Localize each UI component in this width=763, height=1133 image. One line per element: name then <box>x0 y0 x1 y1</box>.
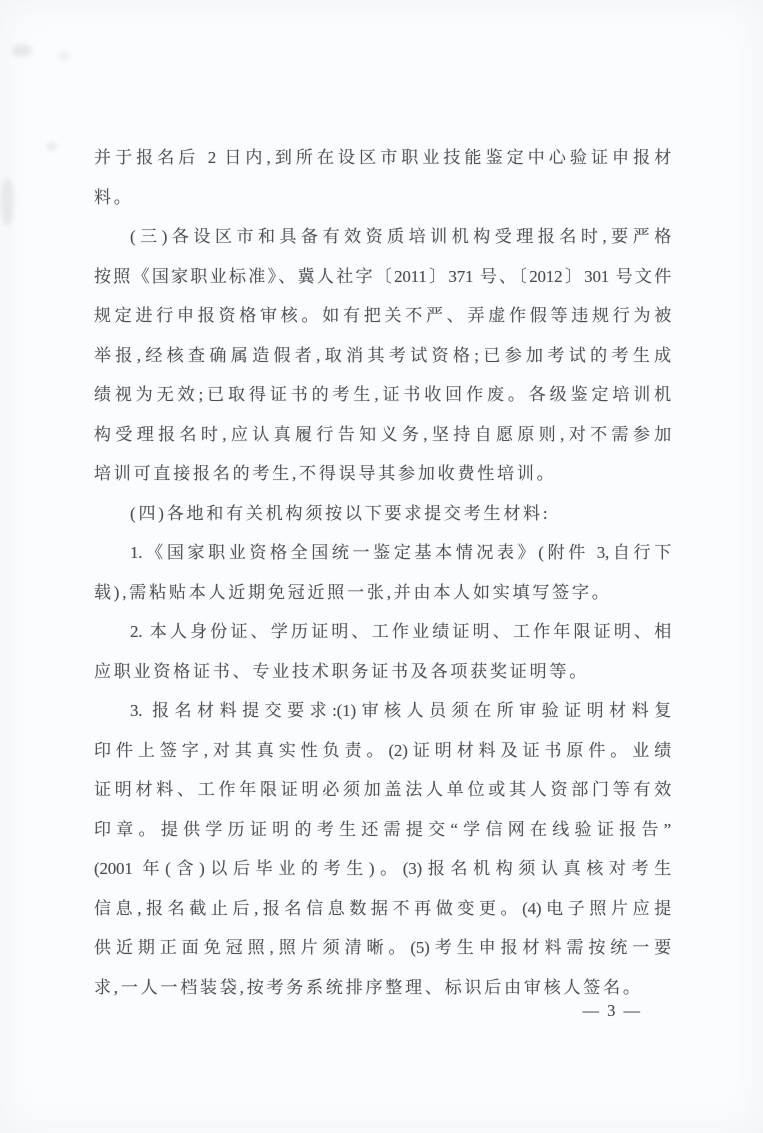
text-line: 构受理报名时,应认真履行告知义务,坚持自愿原则,对不需参加 <box>94 415 671 455</box>
text-line: 绩视为无效;已取得证书的考生,证书收回作废。各级鉴定培训机 <box>94 375 671 415</box>
text-line: 并于报名后 2 日内,到所在设区市职业技能鉴定中心验证申报材 <box>94 138 671 178</box>
text-line: 印件上签字,对其真实性负责。(2)证明材料及证书原件。业绩 <box>94 731 671 771</box>
text-line: 规定进行申报资格审核。如有把关不严、弄虚作假等违规行为被 <box>94 296 671 336</box>
text-line: 1.《国家职业资格全国统一鉴定基本情况表》(附件 3,自行下 <box>94 533 671 573</box>
text-line: 料。 <box>94 178 671 218</box>
text-line: (2001 年(含)以后毕业的考生)。(3)报名机构须认真核对考生 <box>94 849 671 889</box>
scan-artifact <box>46 142 57 151</box>
text-line: 举报,经核查确属造假者,取消其考试资格;已参加考试的考生成 <box>94 336 671 376</box>
text-line: 载),需粘贴本人近期免冠近照一张,并由本人如实填写签字。 <box>94 573 671 613</box>
scan-artifact <box>58 52 70 60</box>
text-line: 应职业资格证书、专业技术职务证书及各项获奖证明等。 <box>94 652 671 692</box>
text-line: 证明材料、工作年限证明必须加盖法人单位或其人资部门等有效 <box>94 770 671 810</box>
page-number: — 3 — <box>583 1001 643 1021</box>
text-line: 培训可直接报名的考生,不得误导其参加收费性培训。 <box>94 454 671 494</box>
scan-artifact <box>1 178 14 226</box>
text-line: 信息,报名截止后,报名信息数据不再做变更。(4)电子照片应提 <box>94 889 671 929</box>
text-line: 供近期正面免冠照,照片须清晰。(5)考生申报材料需按统一要 <box>94 928 671 968</box>
text-line: 按照《国家职业标准》、冀人社字〔2011〕371 号、〔2012〕301 号文件 <box>94 257 671 297</box>
document-page: 并于报名后 2 日内,到所在设区市职业技能鉴定中心验证申报材料。(三)各设区市和… <box>0 0 763 1133</box>
text-line: 3. 报名材料提交要求:(1)审核人员须在所审验证明材料复 <box>94 691 671 731</box>
text-line: (三)各设区市和具备有效资质培训机构受理报名时,要严格 <box>94 217 671 257</box>
scan-artifact <box>12 44 32 57</box>
body-text-block: 并于报名后 2 日内,到所在设区市职业技能鉴定中心验证申报材料。(三)各设区市和… <box>94 138 671 1007</box>
text-line: 2. 本人身份证、学历证明、工作业绩证明、工作年限证明、相 <box>94 612 671 652</box>
text-line: (四)各地和有关机构须按以下要求提交考生材料: <box>94 494 671 534</box>
text-line: 印章。提供学历证明的考生还需提交“学信网在线验证报告” <box>94 810 671 850</box>
